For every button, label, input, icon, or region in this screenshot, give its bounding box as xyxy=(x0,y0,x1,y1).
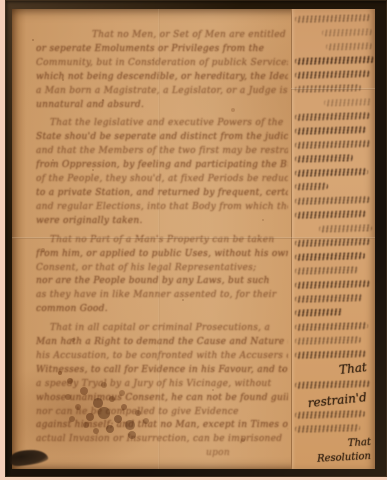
right-column-stroke xyxy=(295,252,365,261)
manuscript-line: to a private Station, and returned by fr… xyxy=(36,187,288,201)
right-column-stroke xyxy=(295,168,368,177)
right-column-stroke xyxy=(295,210,367,219)
manuscript-line: Man hath a Right to demand the Cause and… xyxy=(36,336,288,350)
right-column-stroke xyxy=(295,280,370,289)
right-column-stroke xyxy=(319,224,372,232)
right-column-stroke xyxy=(295,350,367,359)
right-column-stroke xyxy=(295,14,372,23)
manuscript-line: and regular Elections, into that Body fr… xyxy=(36,201,288,215)
right-column: Thatrestrain'dThatResolution xyxy=(291,9,375,469)
right-column-stroke xyxy=(322,28,372,36)
right-column-stroke xyxy=(295,112,370,121)
right-column-seam-top xyxy=(291,88,375,90)
manuscript-line: That no Part of a Man's Property can be … xyxy=(36,234,288,248)
manuscript-photo: That no Men, or Set of Men are entitled … xyxy=(0,0,387,480)
manuscript-line: against himself; and that no Man, except… xyxy=(36,419,288,433)
manuscript-text: That no Men, or Set of Men are entitled … xyxy=(36,29,288,466)
paragraph: That the legislative and executive Power… xyxy=(36,117,288,228)
manuscript-line: a speedy Tryal by a Jury of his Vicinage… xyxy=(36,378,288,392)
right-column-stroke xyxy=(295,380,370,389)
right-column-stroke xyxy=(295,140,372,149)
manuscript-line: from Oppression, by feeling and particip… xyxy=(36,159,288,173)
manuscript-line: were originally taken. xyxy=(36,215,288,229)
right-column-stroke xyxy=(295,322,368,331)
manuscript-line: State shou'd be seperate and distinct fr… xyxy=(36,131,288,145)
manuscript-line: Community, but in Consideration of publi… xyxy=(36,57,288,71)
manuscript-line: which not being descendible, or heredita… xyxy=(36,71,288,85)
right-column-word: restrain'd xyxy=(292,391,368,412)
manuscript-line: common Good. xyxy=(36,303,288,317)
vertical-crease xyxy=(158,9,160,469)
manuscript-line: whose unanimous Consent, he can not be f… xyxy=(36,392,288,406)
manuscript-line: That in all capital or criminal Prosecut… xyxy=(36,322,288,336)
manuscript-line: his Accusation, to be confronted with th… xyxy=(36,350,288,364)
manuscript-line: That the legislative and executive Power… xyxy=(36,117,288,131)
right-column-stroke xyxy=(295,238,370,247)
paragraph: That no Men, or Set of Men are entitled … xyxy=(36,29,288,112)
right-column-stroke xyxy=(324,98,372,106)
manuscript-line: upon xyxy=(36,447,288,461)
right-column-stroke xyxy=(295,56,374,65)
horizontal-crease xyxy=(12,237,291,239)
right-column-stroke xyxy=(295,70,370,79)
manuscript-line: nor can he be compelled to give Evidence xyxy=(36,406,288,420)
right-column-stroke xyxy=(295,126,366,135)
right-column-stroke xyxy=(295,266,358,275)
paragraph: That in all capital or criminal Prosecut… xyxy=(36,322,288,461)
right-column-stroke xyxy=(326,42,372,50)
right-column-stroke xyxy=(295,294,363,303)
right-column-stroke xyxy=(295,336,362,345)
right-column-stroke xyxy=(295,196,370,205)
manuscript-line: from him, or applied to public Uses, wit… xyxy=(36,248,288,262)
manuscript-line: unnatural and absurd. xyxy=(36,99,288,113)
right-column-word: That xyxy=(292,437,371,452)
manuscript-line: a Man born a Magistrate, a Legislator, o… xyxy=(36,85,288,99)
manuscript-line: That no Men, or Set of Men are entitled … xyxy=(36,29,288,43)
right-column-word: Resolution xyxy=(292,451,371,466)
manuscript-paper: That no Men, or Set of Men are entitled … xyxy=(12,9,375,469)
manuscript-line: of the People, they shou'd, at fixed Per… xyxy=(36,173,288,187)
paper-speckles xyxy=(32,39,34,41)
right-column-stroke xyxy=(295,410,365,419)
manuscript-line: actual Invasion or Insurrection, can be … xyxy=(36,433,288,447)
right-column-seam-bottom xyxy=(291,237,375,239)
manuscript-line: Witnesses, to call for Evidence in his F… xyxy=(36,364,288,378)
right-column-word: That xyxy=(292,361,368,382)
right-column-stroke xyxy=(295,154,353,163)
manuscript-line: as they have in like Manner assented to,… xyxy=(36,289,288,303)
manuscript-line: Consent, or that of his legal Representa… xyxy=(36,262,288,276)
right-column-stroke xyxy=(295,424,360,433)
manuscript-line: nor are the People bound by any Laws, bu… xyxy=(36,275,288,289)
manuscript-main-page: That no Men, or Set of Men are entitled … xyxy=(12,9,291,469)
right-column-stroke xyxy=(295,308,343,316)
right-column-stroke xyxy=(295,183,328,191)
stain-cluster xyxy=(58,371,62,375)
paragraph: That no Part of a Man's Property can be … xyxy=(36,234,288,317)
manuscript-line: or seperate Emoluments or Privileges fro… xyxy=(36,43,288,57)
manuscript-line: and that the Members of the two first ma… xyxy=(36,145,288,159)
